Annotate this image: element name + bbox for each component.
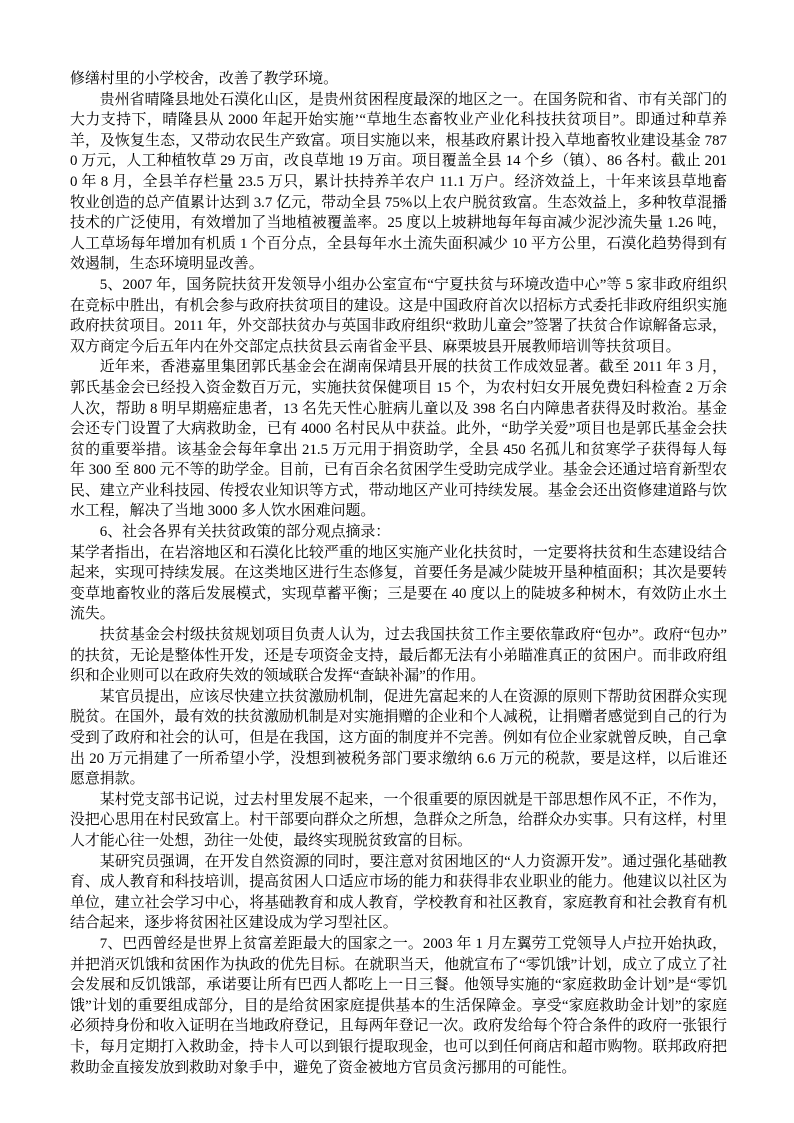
paragraph-item-6-heading: 6、社会各界有关扶贫政策的部分观点摘录： [70, 522, 727, 543]
paragraph-guizhou-qinglong: 贵州省晴隆县地处石漠化山区，是贵州贫困程度最深的地区之一。在国务院和省、市有关部… [70, 90, 727, 275]
document-page: 修缮村里的小学校舍，改善了教学环境。 贵州省晴隆县地处石漠化山区，是贵州贫困程度… [0, 0, 794, 1123]
paragraph-item-7-brazil: 7、巴西曾经是世界上贫富差距最大的国家之一。2003 年 1 月左翼劳工党领导人… [70, 934, 727, 1078]
paragraph-kerry-foundation: 近年来，香港嘉里集团郭氏基金会在湖南保靖县开展的扶贫工作成效显著。截至 2011… [70, 357, 727, 522]
paragraph-item-5-ngo-bidding: 5、2007 年，国务院扶贫开发领导小组办公室宣布“宁夏扶贫与环境改造中心”等 … [70, 275, 727, 357]
paragraph-official-view: 某官员提出，应该尽快建立扶贫激励机制，促进先富起来的人在资源的原则下帮助贫困群众… [70, 687, 727, 790]
document-text-block: 修缮村里的小学校舍，改善了教学环境。 贵州省晴隆县地处石漠化山区，是贵州贫困程度… [70, 69, 727, 1078]
paragraph-continuation: 修缮村里的小学校舍，改善了教学环境。 [70, 69, 727, 90]
paragraph-researcher-view: 某研究员强调，在开发自然资源的同时，要注意对贫困地区的“人力资源开发”。通过强化… [70, 852, 727, 934]
paragraph-scholar-view: 某学者指出，在岩溶地区和石漠化比较严重的地区实施产业化扶贫时，一定要将扶贫和生态… [70, 543, 727, 625]
paragraph-foundation-leader: 扶贫基金会村级扶贫规划项目负责人认为，过去我国扶贫工作主要依靠政府“包办”。政府… [70, 625, 727, 687]
paragraph-village-secretary: 某村党支部书记说，过去村里发展不起来，一个很重要的原因就是干部思想作风不正，不作… [70, 790, 727, 852]
